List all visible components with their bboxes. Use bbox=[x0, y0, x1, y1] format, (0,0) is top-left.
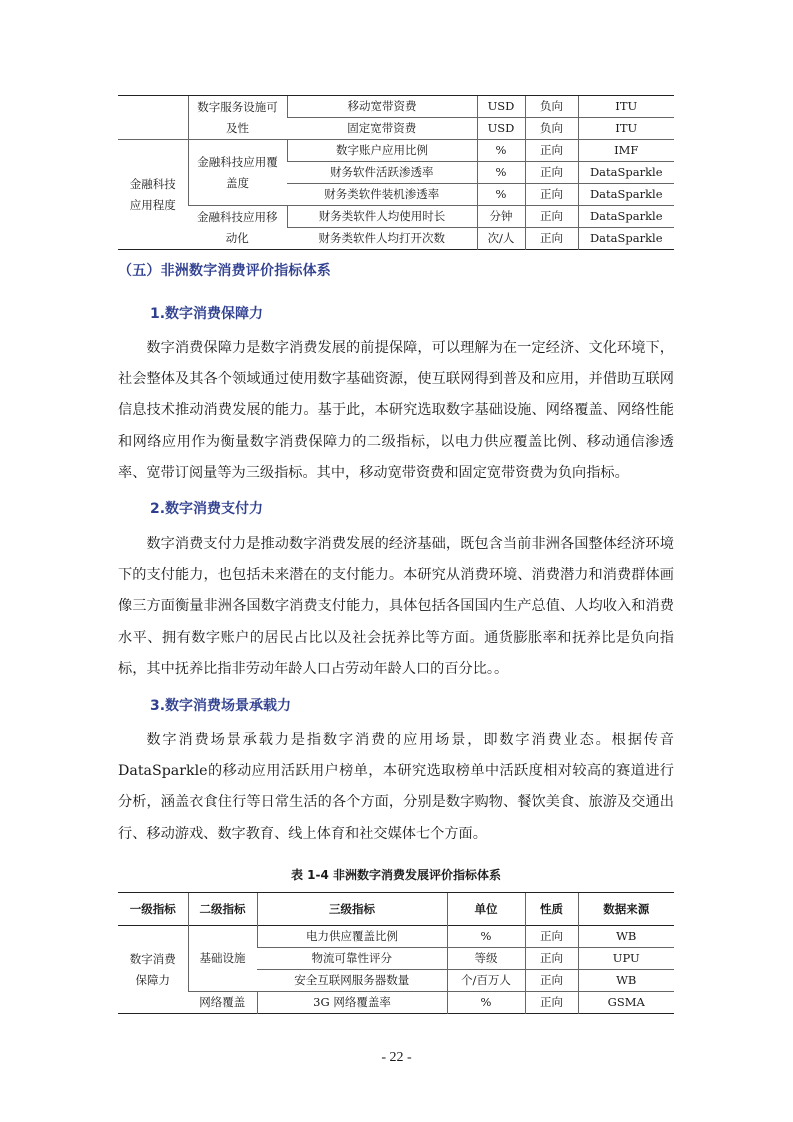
nature-cell: 正向 bbox=[525, 970, 578, 992]
source-cell: DataSparkle bbox=[578, 162, 674, 184]
level3-cell: 3G 网络覆盖率 bbox=[257, 992, 447, 1014]
unit-cell: % bbox=[477, 140, 525, 162]
subsection-heading-1: 1.数字消费保障力 bbox=[150, 303, 263, 323]
nature-cell: 正向 bbox=[525, 228, 578, 250]
level3-cell: 移动宽带资费 bbox=[287, 96, 477, 118]
source-cell: WB bbox=[578, 970, 674, 992]
unit-cell: % bbox=[477, 184, 525, 206]
level2-cell: 金融科技应用覆盖度 bbox=[188, 140, 287, 206]
level3-cell: 安全互联网服务器数量 bbox=[257, 970, 447, 992]
source-cell: ITU bbox=[578, 118, 674, 140]
level3-cell: 财务软件活跃渗透率 bbox=[287, 162, 477, 184]
column-header: 数据来源 bbox=[578, 893, 674, 926]
column-header: 三级指标 bbox=[257, 893, 447, 926]
page-number: - 22 - bbox=[0, 1050, 793, 1066]
unit-cell: % bbox=[447, 926, 525, 948]
nature-cell: 正向 bbox=[525, 140, 578, 162]
paragraph-1: 数字消费保障力是数字消费发展的前提保障，可以理解为在一定经济、文化环境下，社会整… bbox=[118, 333, 674, 489]
paragraph-2: 数字消费支付力是推动数字消费发展的经济基础，既包含当前非洲各国整体经济环境下的支… bbox=[118, 529, 674, 685]
table-row: 网络覆盖 3G 网络覆盖率 % 正向 GSMA bbox=[118, 992, 674, 1014]
subsection-heading-3: 3.数字消费场景承载力 bbox=[150, 695, 291, 715]
column-header: 性质 bbox=[525, 893, 578, 926]
level2-cell: 基础设施 bbox=[188, 926, 257, 992]
nature-cell: 正向 bbox=[525, 162, 578, 184]
source-cell: UPU bbox=[578, 948, 674, 970]
nature-cell: 负向 bbox=[525, 118, 578, 140]
source-cell: GSMA bbox=[578, 992, 674, 1014]
nature-cell: 正向 bbox=[525, 206, 578, 228]
level3-cell: 数字账户应用比例 bbox=[287, 140, 477, 162]
unit-cell: 次/人 bbox=[477, 228, 525, 250]
section-heading: （五）非洲数字消费评价指标体系 bbox=[118, 260, 331, 280]
source-cell: DataSparkle bbox=[578, 228, 674, 250]
column-header: 一级指标 bbox=[118, 893, 188, 926]
table-caption: 表 1-4 非洲数字消费发展评价指标体系 bbox=[118, 866, 674, 883]
source-cell: IMF bbox=[578, 140, 674, 162]
indicator-table-1-4: 一级指标 二级指标 三级指标 单位 性质 数据来源 数字消费保障力 基础设施 电… bbox=[118, 892, 674, 1014]
level3-cell: 财务类软件人均打开次数 bbox=[287, 228, 477, 250]
nature-cell: 正向 bbox=[525, 184, 578, 206]
table-row: 数字消费保障力 基础设施 电力供应覆盖比例 % 正向 WB bbox=[118, 926, 674, 948]
source-cell: DataSparkle bbox=[578, 206, 674, 228]
table-row: 金融科技应用程度 金融科技应用覆盖度 数字账户应用比例 % 正向 IMF bbox=[118, 140, 674, 162]
nature-cell: 正向 bbox=[525, 926, 578, 948]
level2-cell: 网络覆盖 bbox=[188, 992, 257, 1014]
document-page: 数字服务设施可及性 移动宽带资费 USD 负向 ITU 固定宽带资费 USD 负… bbox=[0, 0, 793, 1122]
unit-cell: USD bbox=[477, 118, 525, 140]
unit-cell: % bbox=[447, 992, 525, 1014]
paragraph-3: 数字消费场景承载力是指数字消费的应用场景，即数字消费业态。根据传音DataSpa… bbox=[118, 725, 674, 850]
subsection-heading-2: 2.数字消费支付力 bbox=[150, 498, 263, 518]
level1-cell: 数字消费保障力 bbox=[118, 926, 188, 1014]
unit-cell: 分钟 bbox=[477, 206, 525, 228]
level3-cell: 财务类软件装机渗透率 bbox=[287, 184, 477, 206]
column-header: 单位 bbox=[447, 893, 525, 926]
table-row: 数字服务设施可及性 移动宽带资费 USD 负向 ITU bbox=[118, 96, 674, 118]
source-cell: DataSparkle bbox=[578, 184, 674, 206]
unit-cell: USD bbox=[477, 96, 525, 118]
source-cell: WB bbox=[578, 926, 674, 948]
unit-cell: 等级 bbox=[447, 948, 525, 970]
source-cell: ITU bbox=[578, 96, 674, 118]
level3-cell: 电力供应覆盖比例 bbox=[257, 926, 447, 948]
level1-cell bbox=[118, 96, 188, 140]
level3-cell: 固定宽带资费 bbox=[287, 118, 477, 140]
table-row: 金融科技应用移动化 财务类软件人均使用时长 分钟 正向 DataSparkle bbox=[118, 206, 674, 228]
nature-cell: 正向 bbox=[525, 948, 578, 970]
nature-cell: 负向 bbox=[525, 96, 578, 118]
unit-cell: 个/百万人 bbox=[447, 970, 525, 992]
level1-cell: 金融科技应用程度 bbox=[118, 140, 188, 250]
level2-cell: 金融科技应用移动化 bbox=[188, 206, 287, 250]
level2-cell: 数字服务设施可及性 bbox=[188, 96, 287, 140]
level3-cell: 财务类软件人均使用时长 bbox=[287, 206, 477, 228]
unit-cell: % bbox=[477, 162, 525, 184]
column-header: 二级指标 bbox=[188, 893, 257, 926]
level3-cell: 物流可靠性评分 bbox=[257, 948, 447, 970]
indicator-table-continued: 数字服务设施可及性 移动宽带资费 USD 负向 ITU 固定宽带资费 USD 负… bbox=[118, 95, 674, 250]
table-header-row: 一级指标 二级指标 三级指标 单位 性质 数据来源 bbox=[118, 893, 674, 926]
nature-cell: 正向 bbox=[525, 992, 578, 1014]
